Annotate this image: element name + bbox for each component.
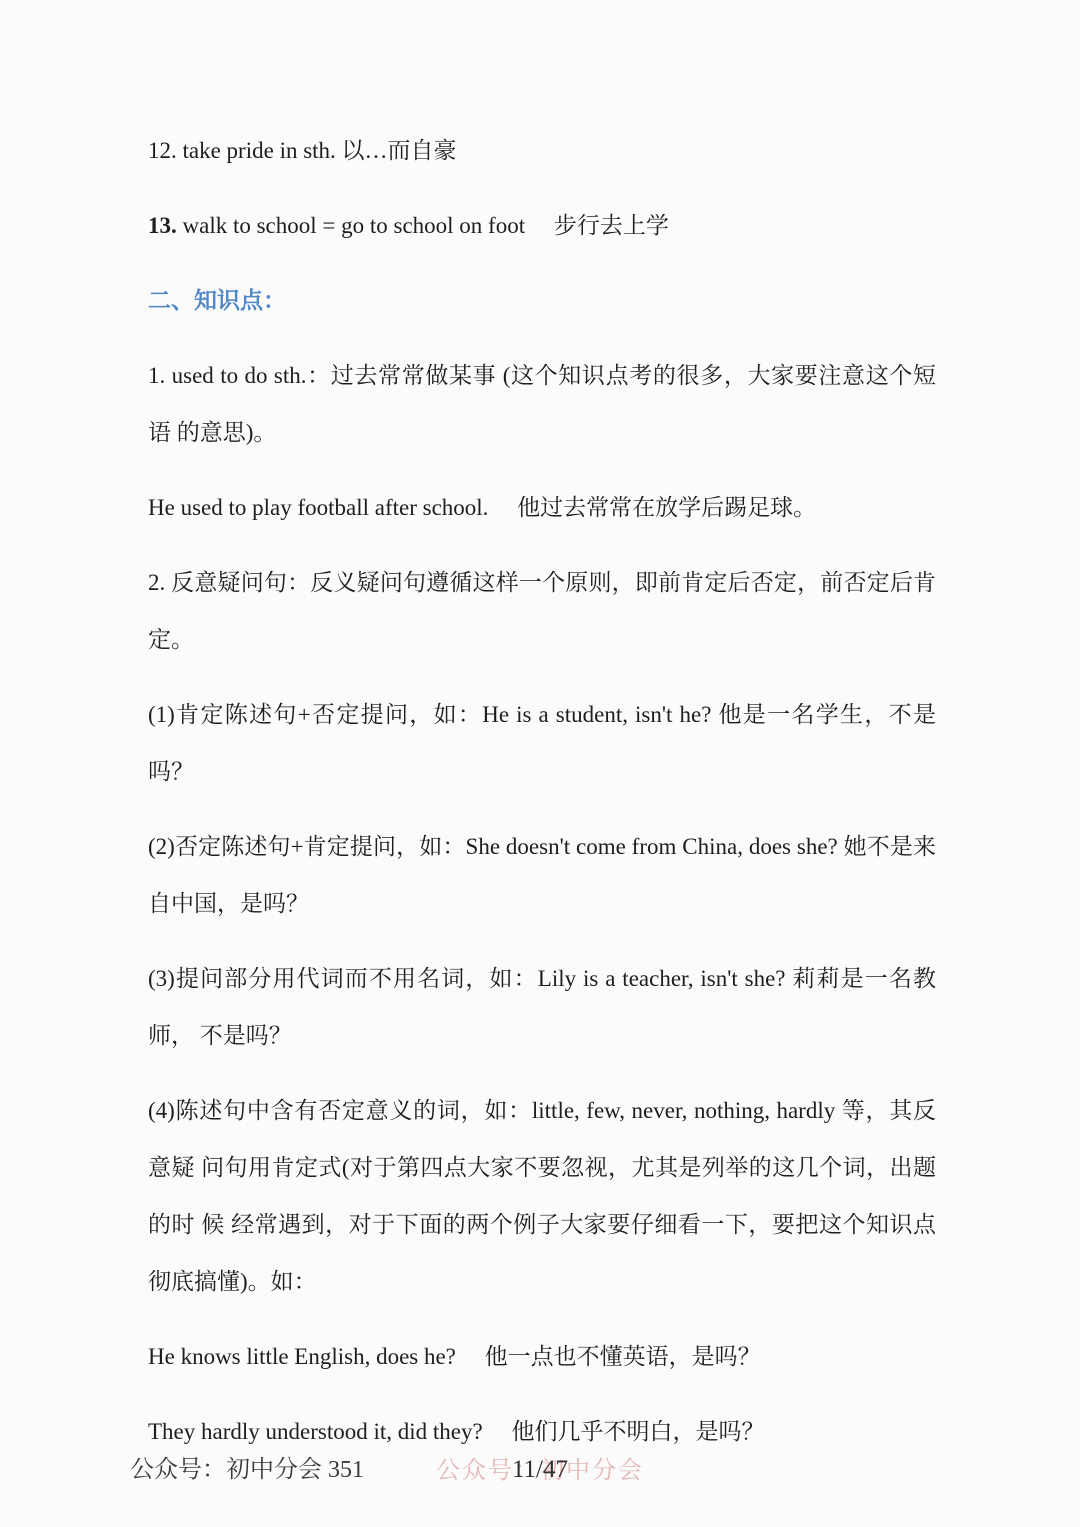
paragraph: (1)肯定陈述句+否定提问，如：He is a student, isn't h… [148, 686, 936, 800]
page-number: 11/47 [512, 1452, 568, 1488]
paragraph: He knows little English, does he? 他一点也不懂… [148, 1328, 936, 1385]
paragraph: (2)否定陈述句+肯定提问，如：She doesn't come from Ch… [148, 818, 936, 932]
paragraph: (3)提问部分用代词而不用名词，如：Lily is a teacher, isn… [148, 950, 936, 1064]
item-number: 13. [148, 213, 177, 238]
paragraph-text: walk to school = go to school on foot 步行… [177, 213, 669, 238]
paragraph: (4)陈述句中含有否定意义的词，如：little, few, never, no… [148, 1082, 936, 1310]
section-heading: 二、知识点： [148, 272, 936, 329]
paragraph: 1. used to do sth.：过去常常做某事 (这个知识点考的很多，大家… [148, 347, 936, 461]
paragraph: 13. walk to school = go to school on foo… [148, 197, 936, 254]
paragraph: 12. take pride in sth. 以…而自豪 [148, 122, 936, 179]
footer-account-label: 公众号：初中分会 351 [130, 1452, 364, 1488]
paragraph: He used to play football after school. 他… [148, 479, 936, 536]
paragraph: 2. 反意疑问句：反义疑问句遵循这样一个原则，即前肯定后否定，前否定后肯 定。 [148, 554, 936, 668]
page-footer: 公众号：初中分会 351 公众号：初中分会 11/47 [0, 1452, 1080, 1492]
document-body: 12. take pride in sth. 以…而自豪13. walk to … [148, 122, 936, 1478]
